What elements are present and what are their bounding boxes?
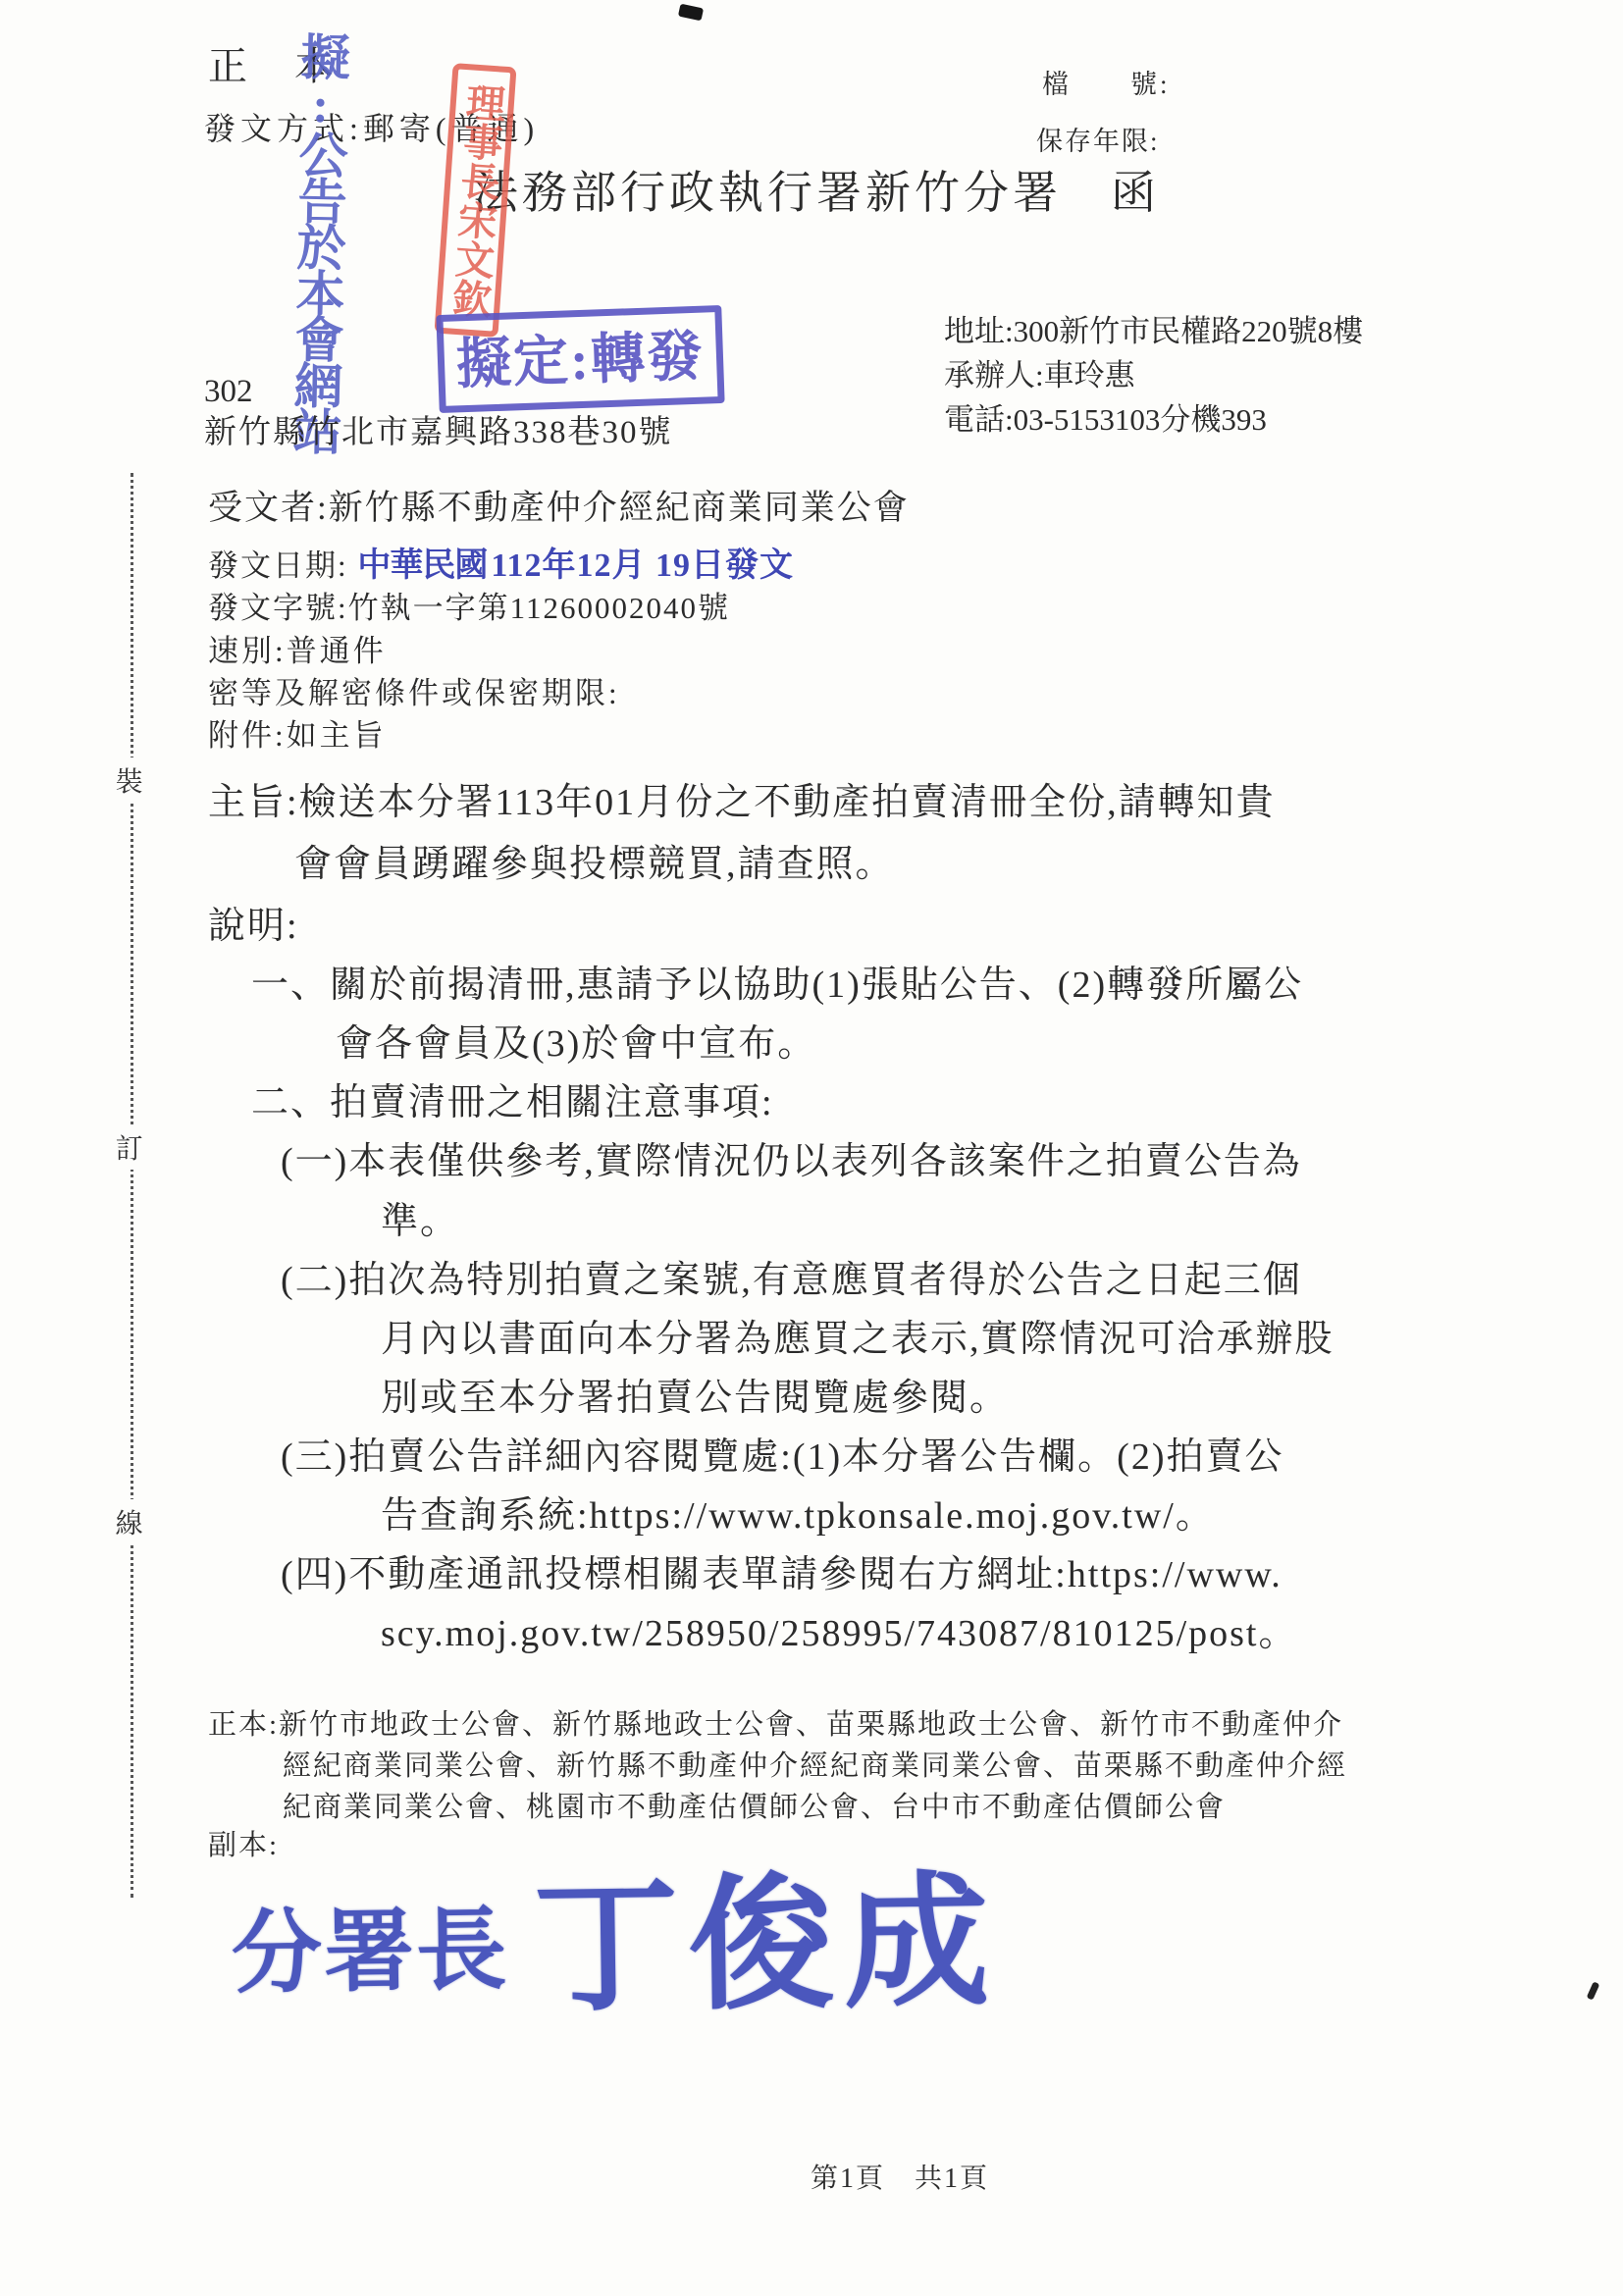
forward-action-stamp: 擬定:轉發 bbox=[436, 305, 724, 413]
explanation-sub4-line2: scy.moj.gov.tw/258950/258995/743087/8101… bbox=[381, 1602, 1297, 1656]
explanation-item2: 二、拍賣清冊之相關注意事項: bbox=[251, 1071, 774, 1125]
file-number-label: 檔 號: bbox=[1042, 63, 1171, 101]
copy-recipients-label: 副本: bbox=[208, 1823, 279, 1863]
original-recipients-line1: 正本:新竹市地政士公會、新竹縣地政士公會、苗栗縣地政士公會、新竹市不動產仲介 bbox=[208, 1702, 1343, 1743]
sender-phone: 電話:03-5153103分機393 bbox=[944, 398, 1363, 443]
explanation-heading: 說明: bbox=[208, 895, 299, 949]
scanned-official-letter: { "header": { "copy_type": "正 本", "deliv… bbox=[0, 0, 1623, 2296]
issue-date-stamp: 中華民國112年12月 19日發文 bbox=[357, 548, 794, 584]
recipient-zip: 302 bbox=[204, 374, 253, 410]
agency-name: 法務部行政執行署新竹分署 bbox=[473, 168, 1062, 218]
explanation-item1-line2: 會各會員及(3)於會中宣布。 bbox=[336, 1013, 816, 1067]
explanation-sub2-line3: 別或至本分署拍賣公告閱覽處參閱。 bbox=[381, 1367, 1009, 1421]
issue-date-label: 發文日期: bbox=[208, 548, 348, 583]
binding-dotted-line bbox=[131, 473, 133, 1898]
document-number-line: 發文字號:竹執一字第11260002040號 bbox=[208, 583, 730, 627]
retention-period-label: 保存年限: bbox=[1036, 120, 1160, 158]
security-classification-line: 密等及解密條件或保密期限: bbox=[208, 668, 620, 712]
recipient-line: 受文者:新竹縣不動產仲介經紀商業同業公會 bbox=[208, 481, 910, 530]
margin-mark-line: 線 bbox=[116, 1499, 143, 1544]
subject-line-1: 主旨:檢送本分署113年01月份之不動產拍賣清冊全份,請轉知貴 bbox=[208, 771, 1276, 825]
scan-artifact-right bbox=[1587, 1981, 1600, 2000]
sender-contact: 承辦人:車玲惠 bbox=[944, 354, 1363, 398]
margin-mark-binding: 裝 bbox=[116, 757, 143, 803]
margin-mark-staple: 訂 bbox=[116, 1124, 143, 1170]
explanation-sub4-line1: (四)不動產通訊投標相關表單請參閱右方網址:https://www. bbox=[281, 1543, 1283, 1597]
sender-address: 地址:300新竹市民權路220號8樓 bbox=[944, 310, 1363, 354]
scan-artifact-top bbox=[678, 4, 704, 22]
date-stamp-era: 中華民國 bbox=[357, 548, 487, 584]
explanation-sub2-line1: (二)拍次為特別拍賣之案號,有意應買者得於公告之日起三個 bbox=[281, 1249, 1302, 1303]
priority-line: 速別:普通件 bbox=[208, 626, 387, 670]
explanation-sub3-line2: 告查詢系統:https://www.tpkonsale.moj.gov.tw/。 bbox=[381, 1485, 1215, 1539]
page-number: 第1頁 共1頁 bbox=[811, 2157, 989, 2196]
recipient-street: 新竹縣竹北市嘉興路338巷30號 bbox=[204, 406, 673, 452]
subject-line-2: 會會員踴躍參與投標競買,請查照。 bbox=[294, 833, 895, 887]
document-title: 法務部行政執行署新竹分署函 bbox=[473, 157, 1160, 222]
explanation-sub1-line2: 準。 bbox=[381, 1190, 459, 1244]
document-type: 函 bbox=[1111, 168, 1160, 218]
explanation-item1-line1: 一、關於前揭清冊,惠請予以協助(1)張貼公告、(2)轉發所屬公 bbox=[251, 954, 1303, 1008]
signature-block: 分署長 丁俊成 bbox=[231, 1871, 1000, 2027]
signer-name: 丁俊成 bbox=[533, 1871, 1000, 2023]
original-recipients-line3: 紀商業同業公會、桃園市不動產估價師公會、台中市不動產估價師公會 bbox=[283, 1785, 1226, 1825]
date-stamp-value: 112年12月 19日發文 bbox=[491, 548, 794, 584]
sender-info-block: 地址:300新竹市民權路220號8樓 承辦人:車玲惠 電話:03-5153103… bbox=[944, 310, 1363, 443]
signer-title: 分署長 bbox=[231, 1905, 508, 2000]
attachment-line: 附件:如主旨 bbox=[208, 710, 387, 755]
explanation-sub2-line2: 月內以書面向本分署為應買之表示,實際情況可洽承辦股 bbox=[381, 1308, 1335, 1362]
explanation-sub1-line1: (一)本表僅供參考,實際情況仍以表列各該案件之拍賣公告為 bbox=[281, 1130, 1302, 1184]
explanation-sub3-line1: (三)拍賣公告詳細內容閱覽處:(1)本分署公告欄。(2)拍賣公 bbox=[281, 1426, 1284, 1480]
original-recipients-line2: 經紀商業同業公會、新竹縣不動產仲介經紀商業同業公會、苗栗縣不動產仲介經 bbox=[283, 1744, 1347, 1784]
issue-date-line: 發文日期: 中華民國112年12月 19日發文 bbox=[208, 538, 794, 586]
